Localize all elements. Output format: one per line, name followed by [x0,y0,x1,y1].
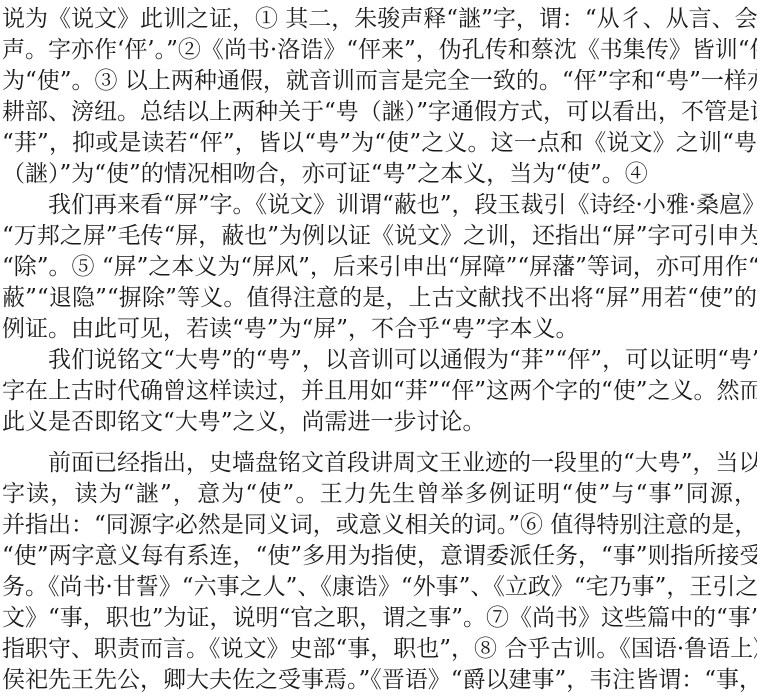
text-line-3: 为“使”。③ 以上两种通假，就音训而言是完全一致的。“伻”字和“甹”一样亦属 [2,66,757,97]
text-line-8: “万邦之屏”毛传“屏，蔽也”为例以证《说文》之训，还指出“屏”字可引申为 [2,221,757,252]
paragraph-start-line-7: 我们再来看“屏”字。《说文》训谓“蔽也”，段玉裁引《诗经·小雅·桑扈》 [48,190,757,221]
text-line-20: 文》“事，职也”为证，说明“官之职，谓之事”。⑦《尚书》这些篇中的“事”，皆 [2,603,757,634]
text-line-5: “荓”，抑或是读若“伻”，皆以“甹”为“使”之义。这一点和《说文》之训“甹 [2,128,757,159]
text-line-22: 侯祀先王先公，卿大夫佐之受事焉。”《晋语》“爵以建事”，韦注皆谓：“事，职事 [2,665,757,696]
text-line-1: 说为《说文》此训之证，① 其二，朱骏声释“䛧”字，谓：“从彳、从言、会意，甹 [2,4,757,35]
text-line-9: “除”。⑤ “屏”之本义为“屏风”，后来引申出“屏障”“屏藩”等词，亦可用作“隐 [2,252,757,283]
document-page: 说为《说文》此训之证，① 其二，朱骏声释“䛧”字，谓：“从彳、从言、会意，甹 声… [0,0,762,700]
text-line-6: （䛧）”为“使”的情况相吻合，亦可证“甹”之本义，当为“使”。④ [2,159,757,190]
paragraph-start-line-15: 前面已经指出，史墙盘铭文首段讲周文王业迹的一段里的“大甹”，当以本 [48,448,757,479]
text-line-14: 此义是否即铭文“大甹”之义，尚需进一步讨论。 [2,407,757,438]
text-line-11: 例证。由此可见，若读“甹”为“屏”，不合乎“甹”字本义。 [2,314,757,345]
text-line-13: 字在上古时代确曾这样读过，并且用如“荓”“伻”这两个字的“使”之义。然而， [2,376,757,407]
text-line-4: 耕部、滂纽。总结以上两种关于“甹（䛧）”字通假方式，可以看出，不管是读若 [2,97,757,128]
paragraph-start-line-12: 我们说铭文“大甹”的“甹”，以音训可以通假为“荓”“伻”，可以证明“甹” [48,345,757,376]
text-line-19: 务。《尚书·甘誓》“六事之人”、《康诰》“外事”、《立政》“宅乃事”，王引之引《… [2,572,757,603]
text-line-2: 声。字亦作‘伻’。”②《尚书·洛诰》“伻来”，伪孔传和蔡沈《书集传》皆训“伻” [2,35,757,66]
text-line-10: 蔽”“退隐”“摒除”等义。值得注意的是，上古文献找不出将“屏”用若“使”的 [2,283,757,314]
text-line-18: “使”两字意义每有系连，“使”多用为指使，意谓委派任务，“事”则指所接受的任 [2,541,757,572]
text-line-21: 指职守、职责而言。《说文》史部“事，职也”，⑧ 合乎古训。《国语·鲁语上》：“诸 [2,634,757,665]
text-line-17: 并指出：“同源字必然是同义词，或意义相关的词。”⑥ 值得特别注意的是，“事” [2,510,757,541]
text-line-16: 字读，读为“䛧”，意为“使”。王力先生曾举多例证明“使”与“事”同源， [2,479,757,510]
